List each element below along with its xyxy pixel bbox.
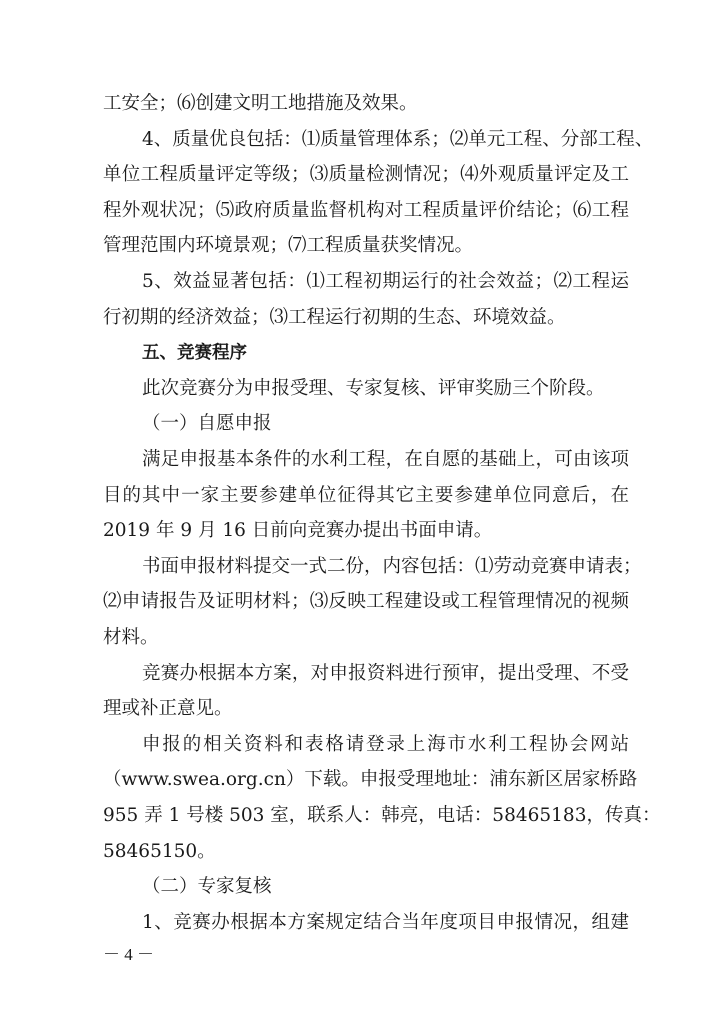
text-line: 管理范围内环境景观；⑺工程质量获奖情况。 [103, 228, 629, 264]
text-line: 4、质量优良包括：⑴质量管理体系；⑵单元工程、分部工程、 [142, 122, 629, 158]
text-line: 理或补正意见。 [103, 691, 629, 727]
text-line: （一）自愿申报 [142, 406, 629, 442]
document-page: 工安全；⑹创建文明工地措施及效果。4、质量优良包括：⑴质量管理体系；⑵单元工程、… [0, 0, 724, 1024]
text-line: 申报的相关资料和表格请登录上海市水利工程协会网站 [142, 727, 629, 763]
section-heading: 五、竞赛程序 [142, 335, 629, 371]
text-line: 书面申报材料提交一式二份，内容包括：⑴劳动竞赛申请表； [142, 549, 629, 585]
text-line: 满足申报基本条件的水利工程，在自愿的基础上，可由该项 [142, 442, 629, 478]
text-line: 955 弄 1 号楼 503 室，联系人：韩亮，电话：58465183，传真： [103, 798, 629, 834]
text-line: 1、竞赛办根据本方案规定结合当年度项目申报情况，组建 [142, 905, 629, 941]
text-line: 5、效益显著包括：⑴工程初期运行的社会效益；⑵工程运 [142, 264, 629, 300]
text-line: 单位工程质量评定等级；⑶质量检测情况；⑷外观质量评定及工 [103, 157, 629, 193]
text-line: 竞赛办根据本方案，对申报资料进行预审，提出受理、不受 [142, 656, 629, 692]
text-line: 行初期的经济效益；⑶工程运行初期的生态、环境效益。 [103, 300, 629, 336]
text-line: 材料。 [103, 620, 629, 656]
text-line: （www.swea.org.cn）下载。申报受理地址：浦东新区居家桥路 [103, 762, 629, 798]
text-line: 程外观状况；⑸政府质量监督机构对工程质量评价结论；⑹工程 [103, 193, 629, 229]
text-line: 目的其中一家主要参建单位征得其它主要参建单位同意后，在 [103, 478, 629, 514]
text-line: ⑵申请报告及证明材料；⑶反映工程建设或工程管理情况的视频 [103, 584, 629, 620]
text-line: 工安全；⑹创建文明工地措施及效果。 [103, 86, 629, 122]
page-number: － 4 － [103, 940, 154, 970]
text-line: 此次竞赛分为申报受理、专家复核、评审奖励三个阶段。 [142, 371, 629, 407]
text-line: （二）专家复核 [142, 869, 629, 905]
text-line: 2019 年 9 月 16 日前向竞赛办提出书面申请。 [103, 513, 629, 549]
text-line: 58465150。 [103, 834, 629, 870]
